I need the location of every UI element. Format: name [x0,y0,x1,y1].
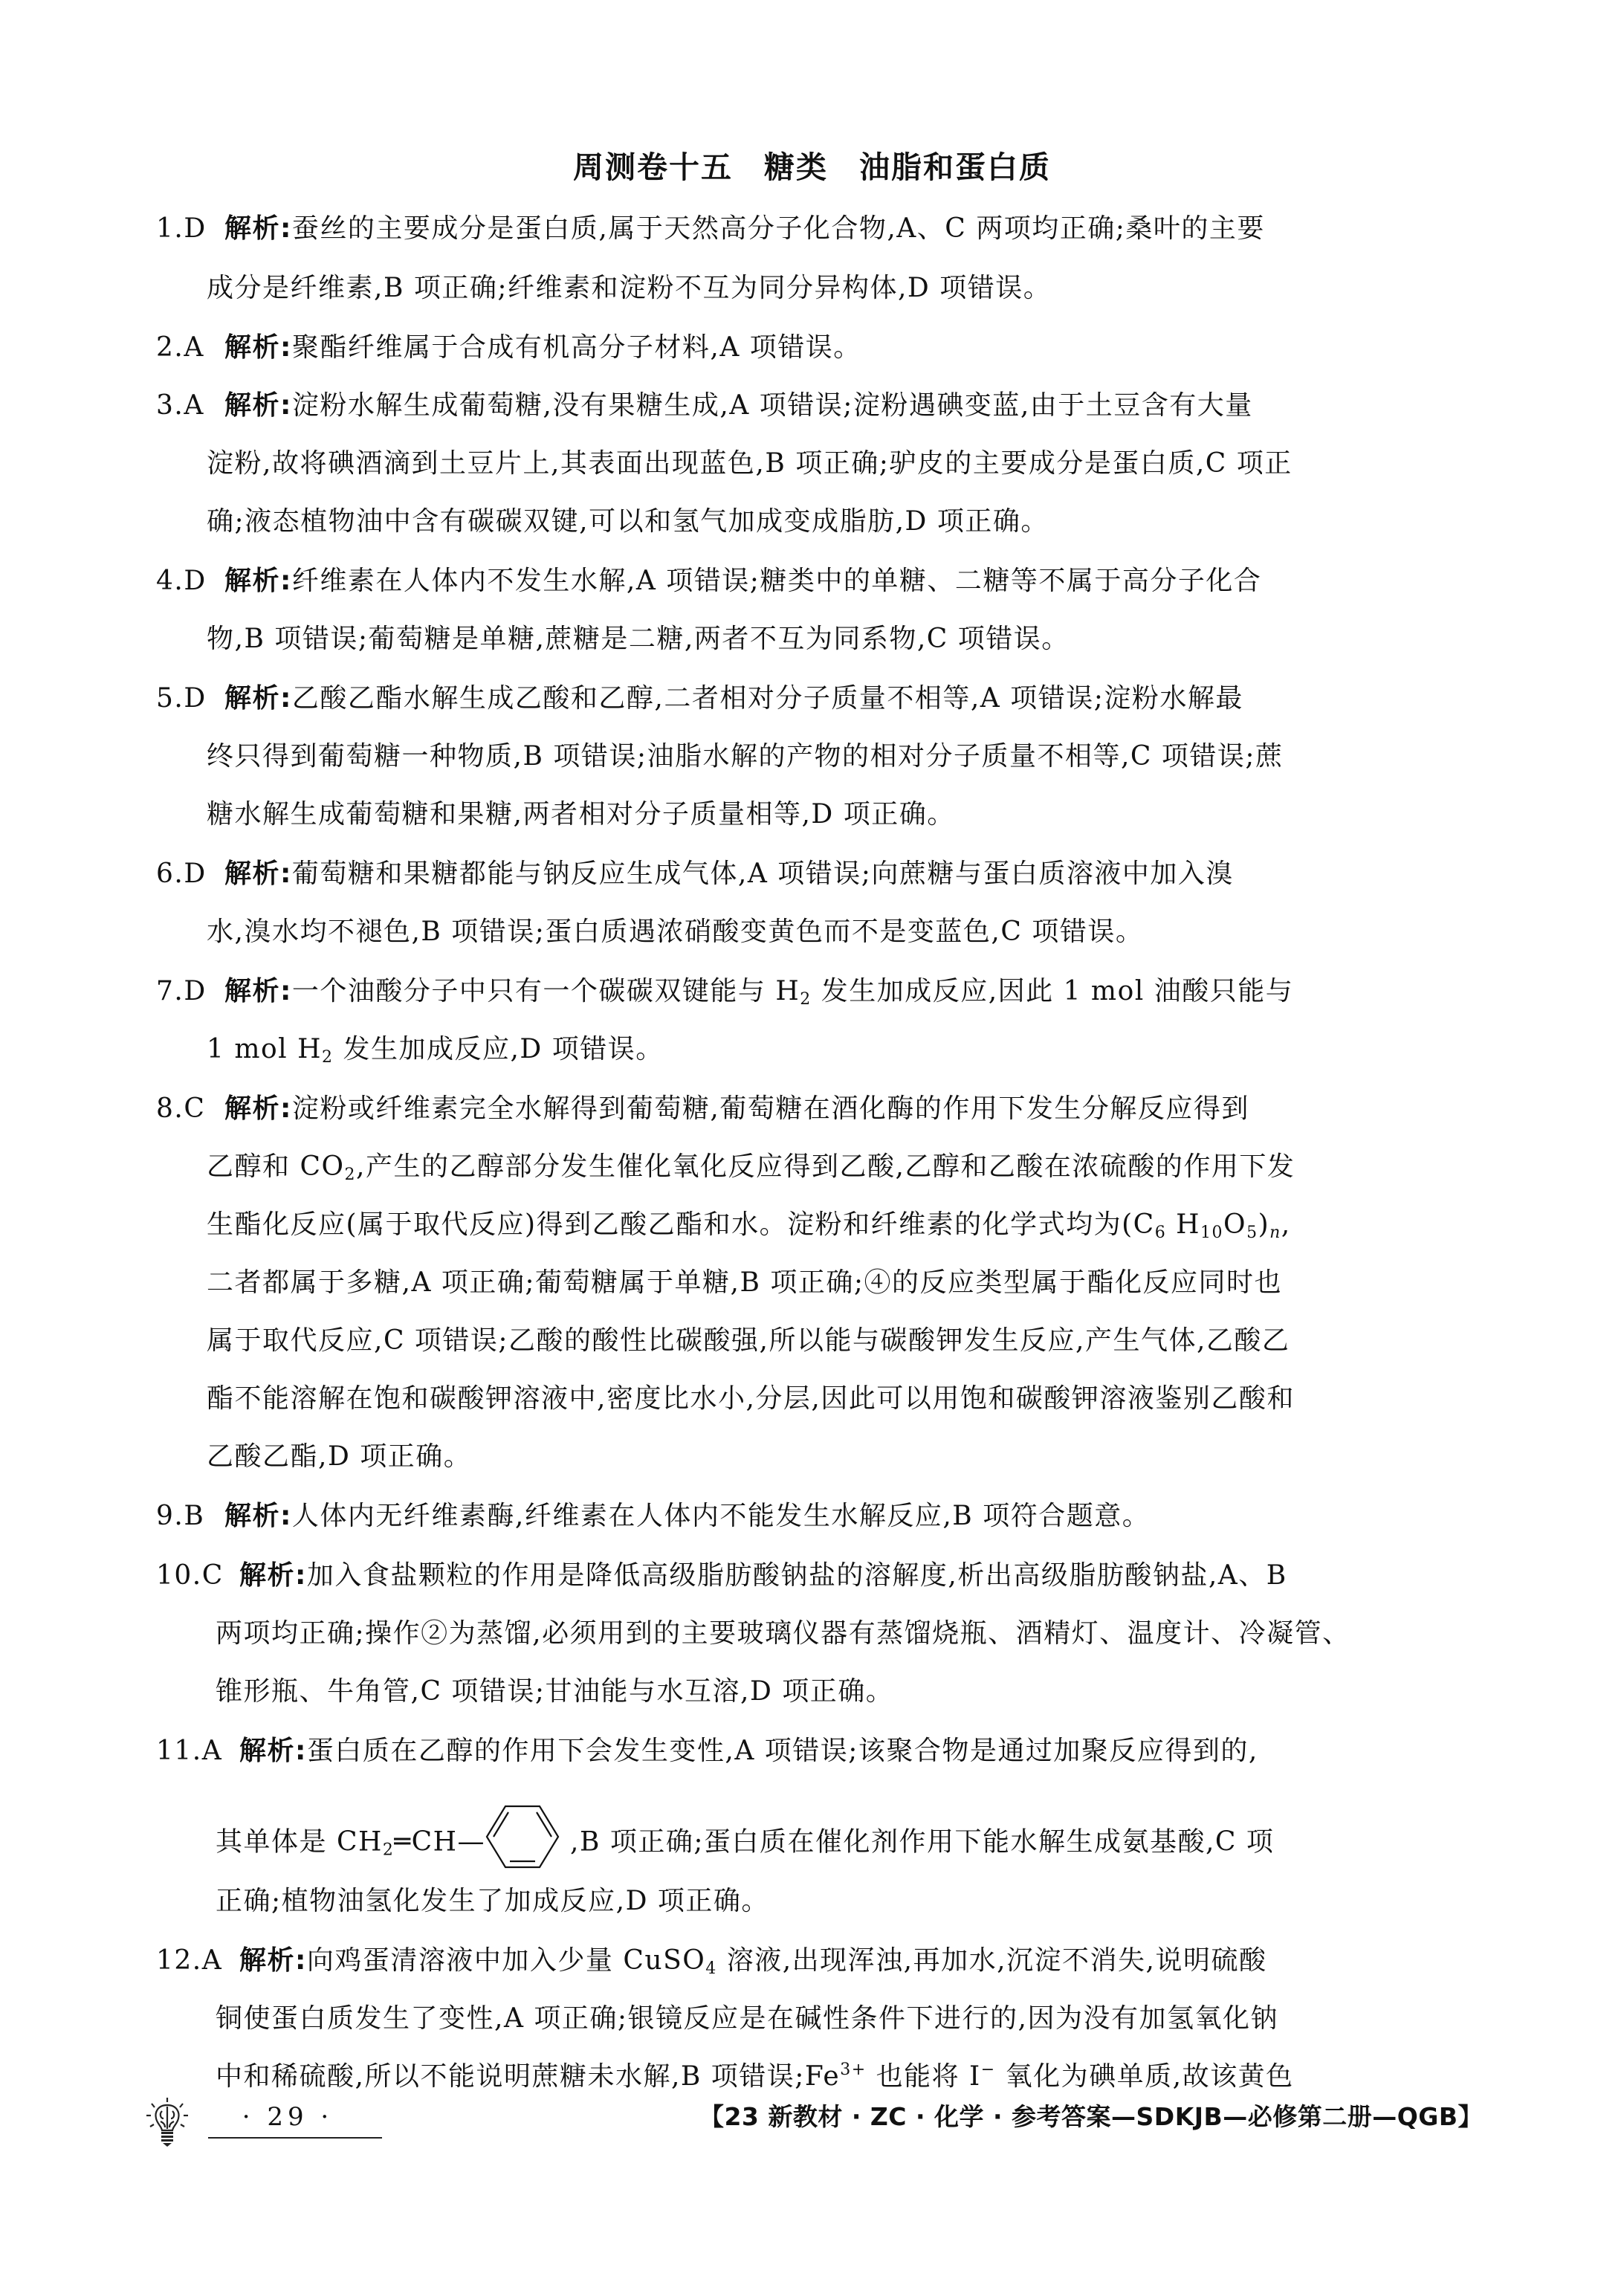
answer-text: 生酯化反应(属于取代反应)得到乙酸乙酯和水。淀粉和纤维素的化学式均为(C [207,1209,1155,1240]
answer-text: 葡萄糖和果糖都能与钠反应生成气体,A 项错误;向蔗糖与蛋白质溶液中加入溴 [292,859,1234,889]
analysis-label: 解析: [224,332,292,363]
answer-number: 6.D [156,858,224,891]
answer-text: 其单体是 CH [216,1827,383,1858]
answer-text: 加入食盐颗粒的作用是降低高级脂肪酸钠盐的溶解度,析出高级脂肪酸钠盐,A、B [307,1560,1287,1591]
book-code: 【23 新教材 · ZC · 化学 · 参考答案—SDKJB—必修第二册—QGB… [699,2098,1483,2133]
answer-11: 11.A解析:蛋白质在乙醇的作用下会发生变性,A 项错误;该聚合物是通过加聚反应… [156,1735,1501,1768]
subscript: 10 [1200,1224,1223,1242]
superscript: − [981,2060,996,2079]
answer-text: 也能将 I [867,2061,981,2092]
answer-text: 氧化为碘单质,故该黄色 [996,2061,1294,2092]
formula-element: H [1176,1209,1200,1240]
answer-1: 1.D解析:蚕丝的主要成分是蛋白质,属于天然高分子化合物,A、C 两项均正确;桑… [156,213,1501,245]
answer-5-cont: 糖水解生成葡萄糖和果糖,两者相对分子质量相等,D 项正确。 [207,798,1501,831]
answer-text: 乙醇和 CO [207,1151,345,1182]
answer-number: 4.D [156,565,224,598]
subscript: 2 [800,990,812,1009]
analysis-label: 解析: [239,1945,307,1976]
subscript: n [1269,1224,1281,1242]
answer-text: 向鸡蛋清溶液中加入少量 CuSO [307,1945,705,1976]
subscript: 6 [1155,1224,1167,1242]
subscript: 2 [322,1048,334,1067]
analysis-label: 解析: [224,390,292,421]
subscript: 2 [383,1841,395,1860]
answer-page: 周测卷十五糖类油脂和蛋白质 1.D解析:蚕丝的主要成分是蛋白质,属于天然高分子化… [0,0,1624,2282]
answer-8-cont: 乙醇和 CO2,产生的乙醇部分发生催化氧化反应得到乙酸,乙醇和乙酸在浓硫酸的作用… [207,1151,1501,1183]
answer-8-cont: 属于取代反应,C 项错误;乙酸的酸性比碳酸强,所以能与碳酸钾发生反应,产生气体,… [207,1325,1501,1357]
analysis-label: 解析: [224,213,292,244]
answer-number: 5.D [156,682,224,715]
answer-number: 11.A [156,1735,239,1768]
answer-3-cont: 淀粉,故将碘酒滴到土豆片上,其表面出现蓝色,B 项正确;驴皮的主要成分是蛋白质,… [207,447,1501,480]
answer-text: 淀粉水解生成葡萄糖,没有果糖生成,A 项错误;淀粉遇碘变蓝,由于土豆含有大量 [292,390,1253,421]
page-title: 周测卷十五糖类油脂和蛋白质 [0,143,1624,187]
answer-11-cont: 其单体是 CH2═CH—,B 项正确;蛋白质在催化剂作用下能水解生成氨基酸,C … [216,1806,1501,1881]
benzene-ring-icon [485,1803,560,1878]
answer-number: 9.B [156,1500,224,1533]
answer-10: 10.C解析:加入食盐颗粒的作用是降低高级脂肪酸钠盐的溶解度,析出高级脂肪酸钠盐… [156,1559,1501,1592]
answer-8-cont: 酯不能溶解在饱和碳酸钾溶液中,密度比水小,分层,因此可以用饱和碳酸钾溶液鉴别乙酸… [207,1383,1501,1415]
answer-1-cont: 成分是纤维素,B 项正确;纤维素和淀粉不互为同分异构体,D 项错误。 [207,272,1501,305]
answer-10-cont: 锥形瓶、牛角管,C 项错误;甘油能与水互溶,D 项正确。 [216,1675,1501,1708]
title-part-3: 油脂和蛋白质 [859,149,1051,185]
answer-6: 6.D解析:葡萄糖和果糖都能与钠反应生成气体,A 项错误;向蔗糖与蛋白质溶液中加… [156,858,1501,891]
answer-text: 淀粉或纤维素完全水解得到葡萄糖,葡萄糖在酒化酶的作用下发生分解反应得到 [292,1093,1249,1124]
answer-4: 4.D解析:纤维素在人体内不发生水解,A 项错误;糖类中的单糖、二糖等不属于高分… [156,565,1501,598]
subscript: 5 [1246,1224,1258,1242]
analysis-label: 解析: [224,683,292,714]
answer-3: 3.A解析:淀粉水解生成葡萄糖,没有果糖生成,A 项错误;淀粉遇碘变蓝,由于土豆… [156,390,1501,422]
title-part-1: 周测卷十五 [573,149,733,185]
analysis-label: 解析: [239,1736,307,1766]
answer-number: 3.A [156,390,224,422]
answer-8-cont: 生酯化反应(属于取代反应)得到乙酸乙酯和水。淀粉和纤维素的化学式均为(C6 H1… [207,1209,1501,1241]
answer-8: 8.C解析:淀粉或纤维素完全水解得到葡萄糖,葡萄糖在酒化酶的作用下发生分解反应得… [156,1093,1501,1125]
answer-text: 人体内无纤维素酶,纤维素在人体内不能发生水解反应,B 项符合题意。 [292,1501,1150,1531]
answer-text: 蚕丝的主要成分是蛋白质,属于天然高分子化合物,A、C 两项均正确;桑叶的主要 [292,213,1265,244]
answer-text: 发生加成反应,因此 1 mol 油酸只能与 [812,976,1293,1006]
answer-5: 5.D解析:乙酸乙酯水解生成乙酸和乙醇,二者相对分子质量不相等,A 项错误;淀粉… [156,682,1501,715]
page-number: · 29 · [208,2102,367,2132]
answer-12: 12.A解析:向鸡蛋清溶液中加入少量 CuSO4 溶液,出现浑浊,再加水,沉淀不… [156,1945,1501,1977]
formula-text: ═CH— [394,1827,485,1858]
analysis-label: 解析: [224,1501,292,1531]
title-part-2: 糖类 [764,149,828,185]
answer-text: 1 mol H [207,1034,322,1064]
subscript: 2 [345,1166,357,1184]
analysis-label: 解析: [239,1560,307,1591]
answer-text: 蛋白质在乙醇的作用下会发生变性,A 项错误;该聚合物是通过加聚反应得到的, [307,1736,1258,1766]
answer-text: ,B 项正确;蛋白质在催化剂作用下能水解生成氨基酸,C 项 [570,1827,1274,1858]
lightbulb-brain-icon [146,2096,189,2148]
footer-divider [208,2137,382,2139]
answer-text: 一个油酸分子中只有一个碳碳双键能与 H [292,976,800,1006]
superscript: 3+ [840,2060,866,2079]
answer-text: , [1281,1209,1291,1240]
answer-text: 中和稀硫酸,所以不能说明蔗糖未水解,B 项错误;Fe [216,2061,840,2092]
answer-text: ,产生的乙醇部分发生催化氧化反应得到乙酸,乙醇和乙酸在浓硫酸的作用下发 [356,1151,1295,1182]
answer-11-cont: 正确;植物油氢化发生了加成反应,D 项正确。 [216,1885,1501,1918]
answer-number: 2.A [156,332,224,364]
answer-number: 10.C [156,1559,239,1592]
answer-10-cont: 两项均正确;操作②为蒸馏,必须用到的主要玻璃仪器有蒸馏烧瓶、酒精灯、温度计、冷凝… [216,1617,1501,1650]
subscript: 4 [705,1959,717,1978]
analysis-label: 解析: [224,976,292,1006]
answer-text: 纤维素在人体内不发生水解,A 项错误;糖类中的单糖、二糖等不属于高分子化合 [292,566,1262,596]
answer-number: 12.A [156,1945,239,1977]
analysis-label: 解析: [224,859,292,889]
analysis-label: 解析: [224,1093,292,1124]
answer-number: 1.D [156,213,224,245]
answer-number: 8.C [156,1093,224,1125]
answer-text: 乙酸乙酯水解生成乙酸和乙醇,二者相对分子质量不相等,A 项错误;淀粉水解最 [292,683,1243,714]
formula-element: O [1223,1209,1246,1240]
answer-text: 聚酯纤维属于合成有机高分子材料,A 项错误。 [292,332,861,363]
answer-7-cont: 1 mol H2 发生加成反应,D 项错误。 [207,1033,1501,1066]
answer-text: 发生加成反应,D 项错误。 [334,1034,664,1064]
answer-text: 溶液,出现浑浊,再加水,沉淀不消失,说明硫酸 [717,1945,1267,1976]
formula-paren: ) [1258,1209,1270,1240]
answer-4-cont: 物,B 项错误;葡萄糖是单糖,蔗糖是二糖,两者不互为同系物,C 项错误。 [207,623,1501,656]
answer-3-cont: 确;液态植物油中含有碳碳双键,可以和氢气加成变成脂肪,D 项正确。 [207,505,1501,538]
answer-9: 9.B解析:人体内无纤维素酶,纤维素在人体内不能发生水解反应,B 项符合题意。 [156,1500,1501,1533]
answer-12-cont: 铜使蛋白质发生了变性,A 项正确;银镜反应是在碱性条件下进行的,因为没有加氢氧化… [216,2003,1501,2035]
analysis-label: 解析: [224,566,292,596]
answer-2: 2.A解析:聚酯纤维属于合成有机高分子材料,A 项错误。 [156,332,1501,364]
answer-number: 7.D [156,975,224,1008]
answer-6-cont: 水,溴水均不褪色,B 项错误;蛋白质遇浓硝酸变黄色而不是变蓝色,C 项错误。 [207,916,1501,948]
answer-7: 7.D解析:一个油酸分子中只有一个碳碳双键能与 H2 发生加成反应,因此 1 m… [156,975,1501,1008]
answer-5-cont: 终只得到葡萄糖一种物质,B 项错误;油脂水解的产物的相对分子质量不相等,C 项错… [207,740,1501,773]
page-footer-left: · 29 · [146,2096,384,2156]
answer-8-cont: 乙酸乙酯,D 项正确。 [207,1441,1501,1473]
answer-12-cont: 中和稀硫酸,所以不能说明蔗糖未水解,B 项错误;Fe3+ 也能将 I− 氧化为碘… [216,2060,1501,2093]
answer-8-cont: 二者都属于多糖,A 项正确;葡萄糖属于单糖,B 项正确;④的反应类型属于酯化反应… [207,1267,1501,1299]
